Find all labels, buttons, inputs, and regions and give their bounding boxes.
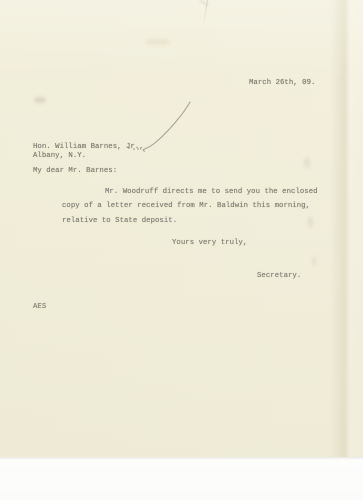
- scan-background-below-paper: [0, 457, 363, 500]
- pencil-check-mark-icon: [140, 98, 196, 156]
- closing-line: Yours very truly,: [172, 239, 247, 248]
- letter-date: March 26th, 09.: [249, 79, 315, 88]
- body-line-3: relative to State deposit.: [62, 217, 177, 226]
- pencil-speck: [133, 148, 135, 150]
- scanned-letter-page: March 26th, 09. Hon. William Barnes, Jr.…: [0, 0, 363, 500]
- pencil-smudge: [34, 97, 46, 103]
- pencil-speck: [128, 147, 130, 149]
- body-line-2: copy of a letter received from Mr. Baldw…: [62, 202, 310, 211]
- paper-smudge: [308, 216, 313, 228]
- body-line-1: Mr. Woodruff directs me to send you the …: [105, 188, 318, 197]
- paper-smudge: [312, 256, 316, 266]
- paper-smudge: [145, 39, 171, 45]
- signature-title: Secretary.: [257, 272, 301, 281]
- pencil-speck: [137, 148, 139, 150]
- letter-paper-sheet: March 26th, 09. Hon. William Barnes, Jr.…: [0, 0, 363, 457]
- paper-smudge: [304, 157, 310, 168]
- typist-initials: AES: [33, 303, 46, 312]
- salutation-line: My dear Mr. Barnes:: [33, 167, 117, 176]
- recipient-address-line: Albany, N.Y.: [33, 152, 86, 161]
